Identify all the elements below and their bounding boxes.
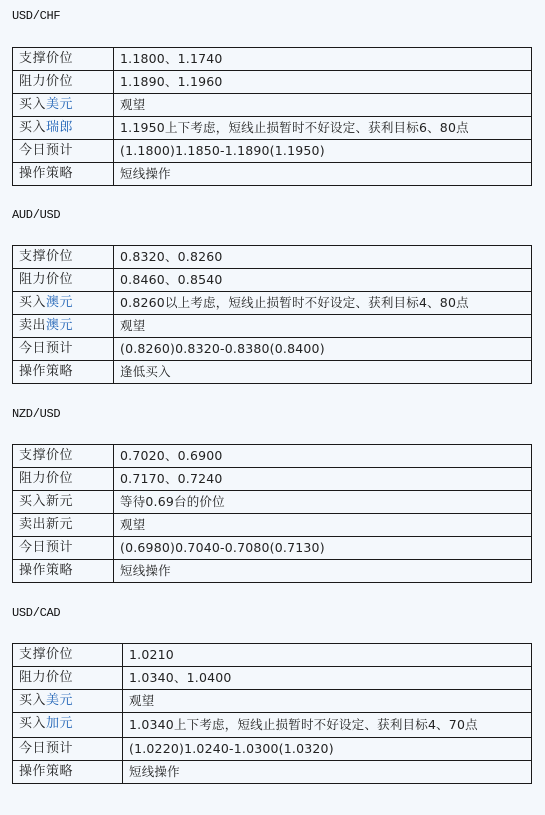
table-row: 支撑价位 0.8320、0.8260 (13, 246, 532, 269)
pair-title: USD/CHF (12, 9, 60, 23)
row-value: 观望 (114, 94, 532, 117)
table-row: 阻力价位 1.0340、1.0400 (13, 667, 532, 690)
label-prefix: 买入 (19, 295, 46, 310)
row-label: 今日预计 (13, 338, 114, 361)
table-row: 今日预计 (1.1800)1.1850-1.1890(1.1950) (13, 140, 532, 163)
row-label: 今日预计 (13, 738, 123, 761)
label-prefix: 卖出 (19, 318, 46, 333)
row-value: 1.1800、1.1740 (114, 48, 532, 71)
currency-link-cad[interactable]: 加元 (46, 716, 73, 731)
pair-title: USD/CAD (12, 606, 60, 620)
table-row: 阻力价位 1.1890、1.1960 (13, 71, 532, 94)
row-label: 买入加元 (13, 713, 123, 738)
row-value: 1.0210 (123, 644, 532, 667)
table-row: 阻力价位 0.8460、0.8540 (13, 269, 532, 292)
label-prefix: 买入 (19, 97, 46, 112)
row-label: 买入美元 (13, 690, 123, 713)
row-label: 卖出新元 (13, 514, 114, 537)
table-row: 今日预计 (0.8260)0.8320-0.8380(0.8400) (13, 338, 532, 361)
currency-link-usd[interactable]: 美元 (46, 97, 73, 112)
row-label: 今日预计 (13, 537, 114, 560)
row-value: 短线操作 (123, 761, 532, 784)
table-row: 买入新元 等待0.69台的价位 (13, 491, 532, 514)
table-row: 买入加元 1.0340上下考虑，短线止损暂时不好设定、获利目标4、70点 (13, 713, 532, 738)
label-prefix: 买入 (19, 120, 46, 135)
currency-link-usd[interactable]: 美元 (46, 693, 73, 708)
row-value: 观望 (114, 514, 532, 537)
row-value: 短线操作 (114, 163, 532, 186)
row-label: 支撑价位 (13, 445, 114, 468)
table-row: 操作策略 短线操作 (13, 761, 532, 784)
row-value: 0.8260以上考虑，短线止损暂时不好设定、获利目标4、80点 (114, 292, 532, 315)
row-label: 今日预计 (13, 140, 114, 163)
row-label: 操作策略 (13, 560, 114, 583)
row-label: 买入瑞郎 (13, 117, 114, 140)
table-row: 卖出澳元 观望 (13, 315, 532, 338)
label-prefix: 买入 (19, 716, 46, 731)
row-label: 支撑价位 (13, 246, 114, 269)
row-label: 买入澳元 (13, 292, 114, 315)
row-value: (1.1800)1.1850-1.1890(1.1950) (114, 140, 532, 163)
row-value: (0.6980)0.7040-0.7080(0.7130) (114, 537, 532, 560)
quote-table: 支撑价位 1.0210 阻力价位 1.0340、1.0400 买入美元 观望 买… (12, 643, 532, 784)
table-row: 今日预计 (0.6980)0.7040-0.7080(0.7130) (13, 537, 532, 560)
table-row: 支撑价位 0.7020、0.6900 (13, 445, 532, 468)
row-label: 买入美元 (13, 94, 114, 117)
label-prefix: 买入 (19, 693, 46, 708)
row-value: 观望 (114, 315, 532, 338)
row-value: 0.7170、0.7240 (114, 468, 532, 491)
row-value: 1.0340上下考虑，短线止损暂时不好设定、获利目标4、70点 (123, 713, 532, 738)
row-value: 逢低买入 (114, 361, 532, 384)
row-label: 支撑价位 (13, 644, 123, 667)
row-value: 1.1890、1.1960 (114, 71, 532, 94)
pair-title: AUD/USD (12, 208, 60, 222)
row-label: 操作策略 (13, 361, 114, 384)
row-label: 阻力价位 (13, 667, 123, 690)
table-row: 支撑价位 1.0210 (13, 644, 532, 667)
row-value: 1.1950上下考虑，短线止损暂时不好设定、获利目标6、80点 (114, 117, 532, 140)
row-label: 阻力价位 (13, 269, 114, 292)
row-label: 阻力价位 (13, 71, 114, 94)
row-label: 阻力价位 (13, 468, 114, 491)
row-value: 0.8320、0.8260 (114, 246, 532, 269)
row-value: 0.7020、0.6900 (114, 445, 532, 468)
row-value: (0.8260)0.8320-0.8380(0.8400) (114, 338, 532, 361)
row-value: 等待0.69台的价位 (114, 491, 532, 514)
table-row: 买入美元 观望 (13, 690, 532, 713)
row-label: 操作策略 (13, 163, 114, 186)
table-row: 买入瑞郎 1.1950上下考虑，短线止损暂时不好设定、获利目标6、80点 (13, 117, 532, 140)
row-label: 卖出澳元 (13, 315, 114, 338)
table-row: 操作策略 短线操作 (13, 560, 532, 583)
row-label: 买入新元 (13, 491, 114, 514)
currency-link-chf[interactable]: 瑞郎 (46, 120, 73, 135)
table-row: 卖出新元 观望 (13, 514, 532, 537)
table-row: 操作策略 逢低买入 (13, 361, 532, 384)
table-row: 今日预计 (1.0220)1.0240-1.0300(1.0320) (13, 738, 532, 761)
table-row: 支撑价位 1.1800、1.1740 (13, 48, 532, 71)
table-row: 阻力价位 0.7170、0.7240 (13, 468, 532, 491)
quote-table: 支撑价位 0.7020、0.6900 阻力价位 0.7170、0.7240 买入… (12, 444, 532, 583)
row-label: 支撑价位 (13, 48, 114, 71)
table-row: 操作策略 短线操作 (13, 163, 532, 186)
row-value: 短线操作 (114, 560, 532, 583)
pair-title: NZD/USD (12, 407, 60, 421)
row-label: 操作策略 (13, 761, 123, 784)
table-row: 买入澳元 0.8260以上考虑，短线止损暂时不好设定、获利目标4、80点 (13, 292, 532, 315)
row-value: 0.8460、0.8540 (114, 269, 532, 292)
currency-link-aud[interactable]: 澳元 (46, 318, 73, 333)
quote-table: 支撑价位 1.1800、1.1740 阻力价位 1.1890、1.1960 买入… (12, 47, 532, 186)
row-value: 观望 (123, 690, 532, 713)
quote-table: 支撑价位 0.8320、0.8260 阻力价位 0.8460、0.8540 买入… (12, 245, 532, 384)
row-value: (1.0220)1.0240-1.0300(1.0320) (123, 738, 532, 761)
currency-link-aud[interactable]: 澳元 (46, 295, 73, 310)
row-value: 1.0340、1.0400 (123, 667, 532, 690)
table-row: 买入美元 观望 (13, 94, 532, 117)
